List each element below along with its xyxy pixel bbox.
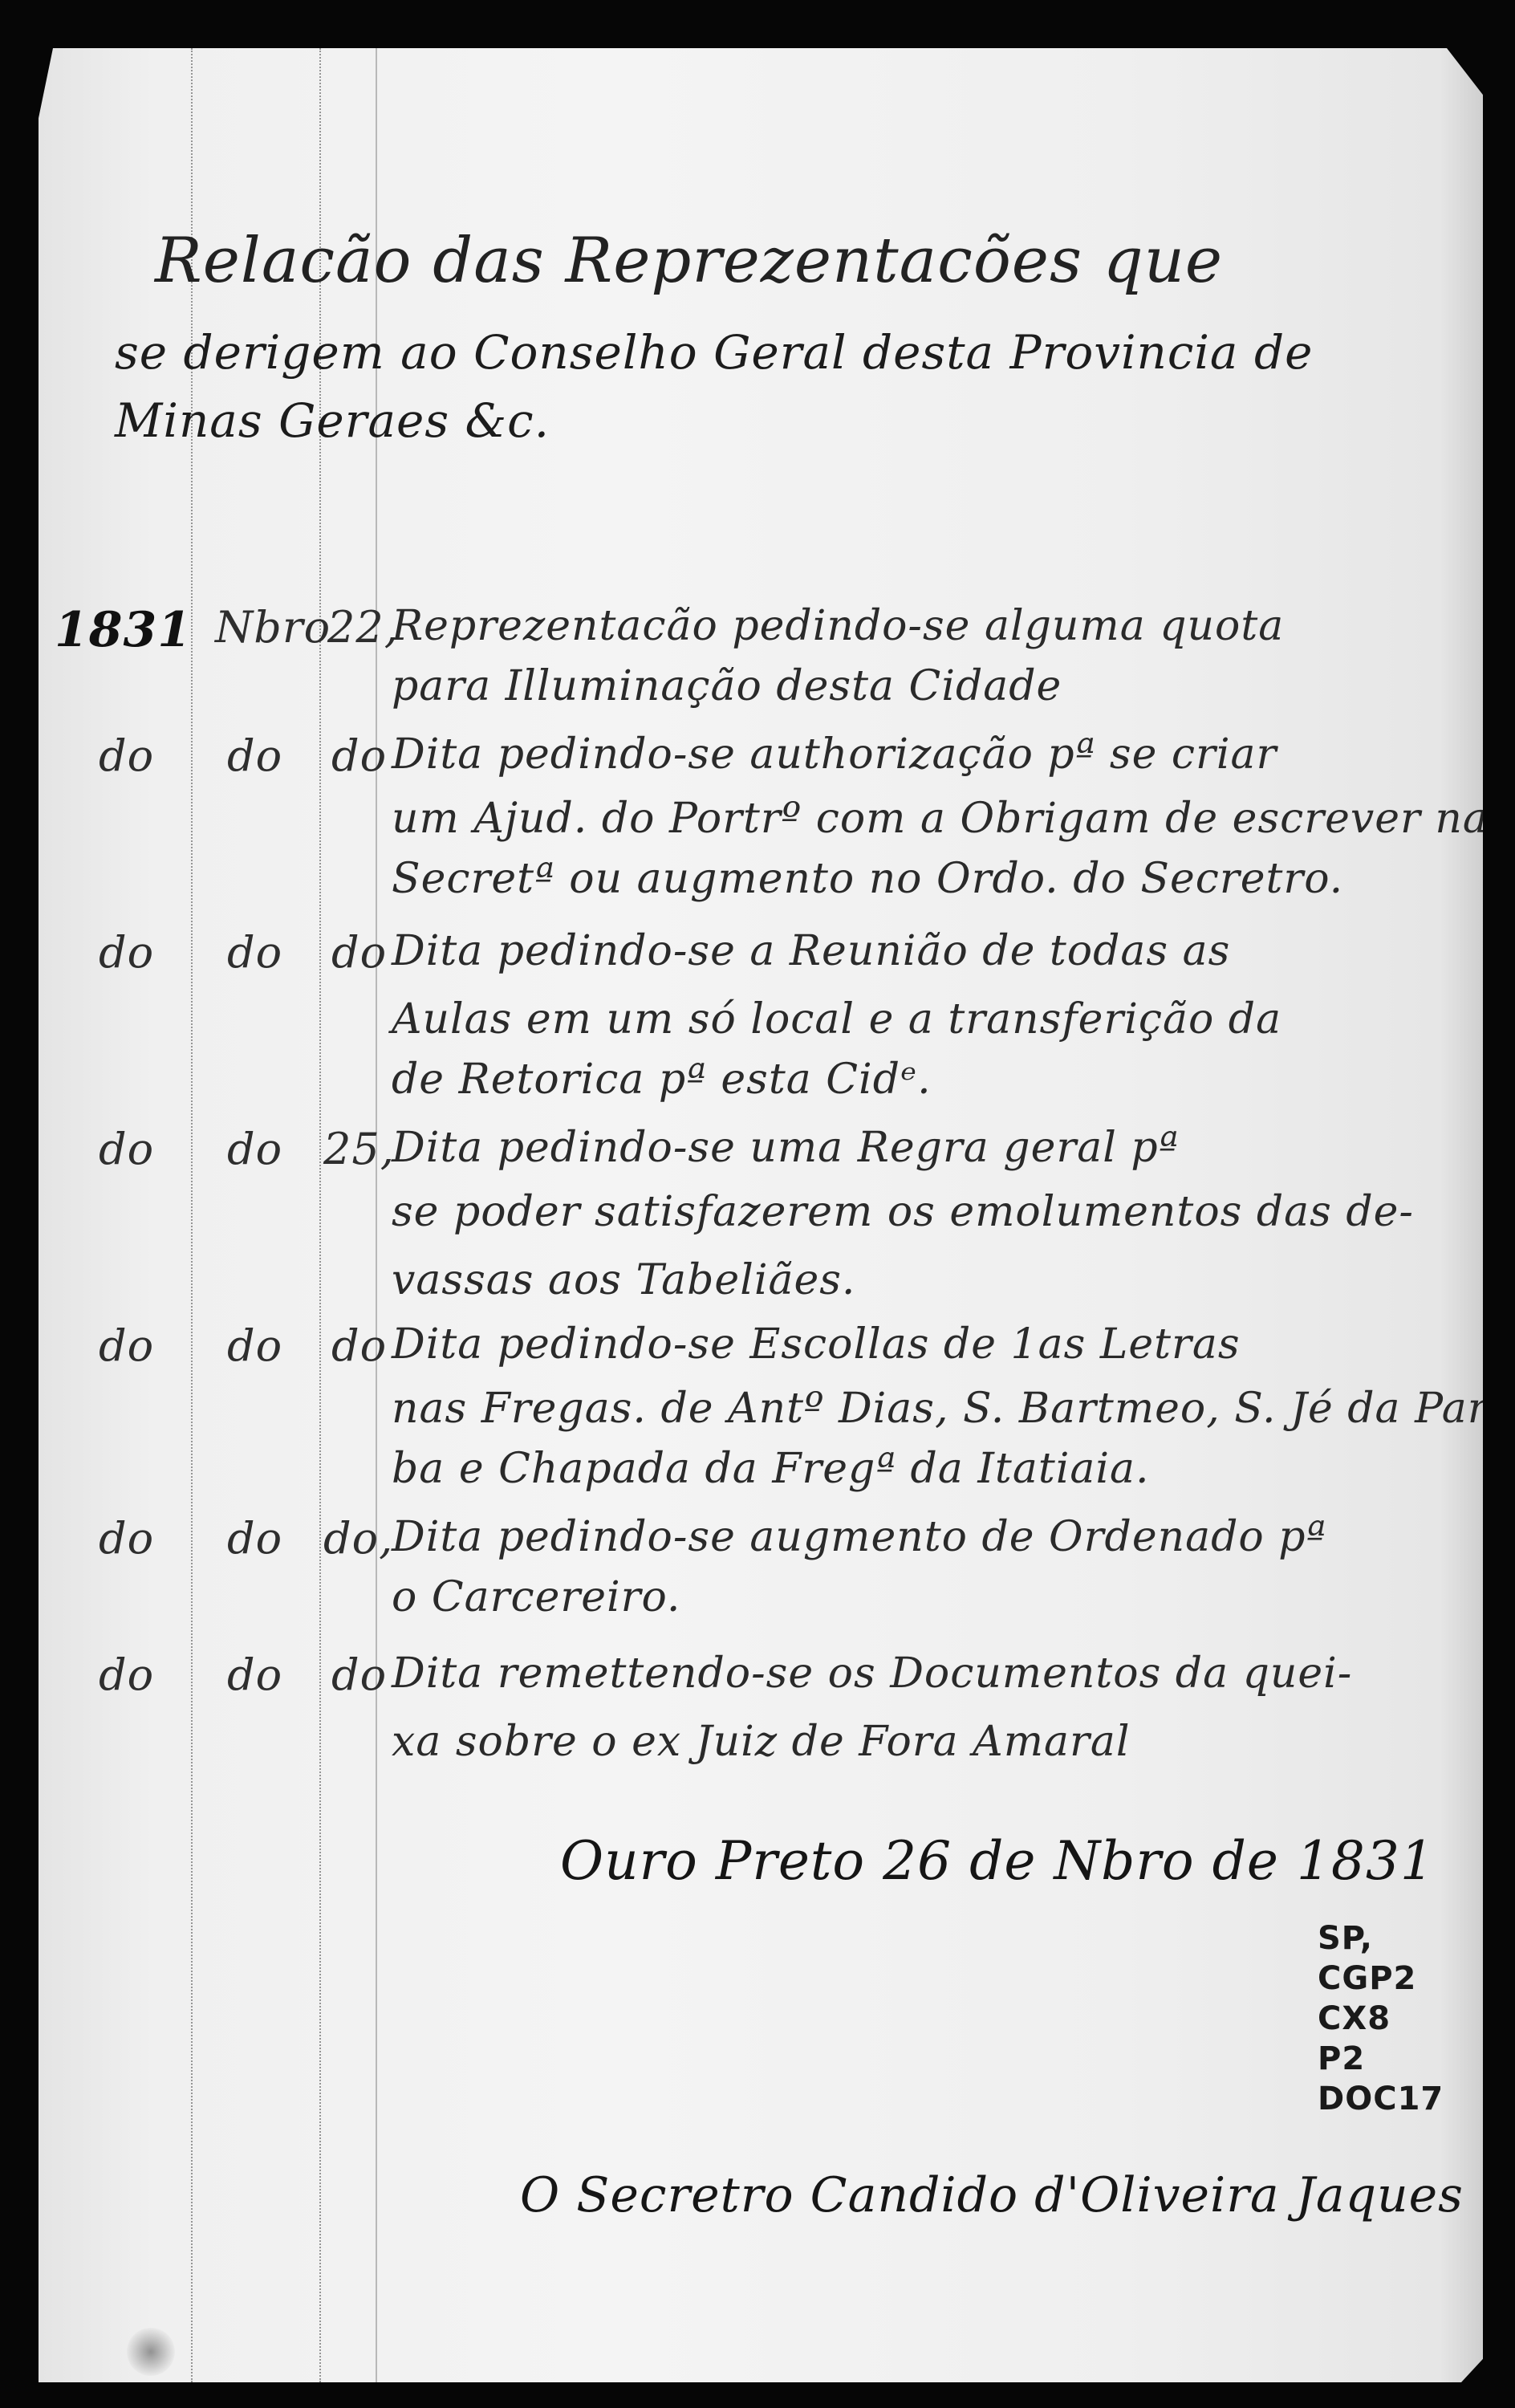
archive-note-line-3: CX8 [1318, 1999, 1430, 2039]
entry-2-day: do [331, 730, 387, 781]
manuscript-page: Relacão das Reprezentacões que se derige… [39, 48, 1483, 2382]
archive-note-line-5: DOC17 [1318, 2079, 1430, 2119]
entry-4-month: do [227, 1124, 282, 1174]
entry-5-line-1: Dita pedindo-se Escollas de 1as Letras [392, 1320, 1241, 1369]
entry-6-line-1: Dita pedindo-se augmento de Ordenado pª [392, 1513, 1326, 1561]
entry-5-year: do [99, 1320, 154, 1371]
entry-6-year: do [99, 1513, 154, 1564]
entry-5-day: do [331, 1320, 387, 1371]
entry-3-line-1: Dita pedindo-se a Reunião de todas as [392, 927, 1230, 975]
entry-1-line-1: Reprezentacão pedindo-se alguma quota [392, 602, 1284, 650]
entry-4-line-1: Dita pedindo-se uma Regra geral pª [392, 1124, 1179, 1172]
entry-4-line-2: se poder satisfazerem os emolumentos das… [392, 1188, 1414, 1236]
entry-3-line-3: de Retorica pª esta Cidᵉ. [392, 1056, 932, 1104]
archive-note-line-1: SP, [1318, 1918, 1430, 1959]
entry-1-line-2: para Illuminação desta Cidade [392, 662, 1062, 710]
entry-7-day: do [331, 1649, 387, 1700]
entry-3-month: do [227, 927, 282, 978]
title-line-2: se derigem ao Conselho Geral desta Provi… [115, 325, 1313, 380]
archive-note-line-4: P2 [1318, 2039, 1430, 2079]
entry-2-line-3: Secretª ou augmento no Ordo. do Secretro… [392, 855, 1343, 903]
entry-2-line-1: Dita pedindo-se authorização pª se criar [392, 730, 1277, 779]
entry-1-year: 1831 [55, 602, 192, 658]
title-line-3: Minas Geraes &c. [115, 393, 550, 448]
entry-2-year: do [99, 730, 154, 781]
place-date: Ouro Preto 26 de Nbro de 1831 [560, 1830, 1435, 1892]
archive-note-line-2: CGP2 [1318, 1959, 1430, 1999]
entry-3-year: do [99, 927, 154, 978]
entry-2-line-2: um Ajud. do Portrº com a Obrigam de escr… [392, 795, 1489, 843]
entry-3-day: do [331, 927, 387, 978]
entry-7-line-2: xa sobre o ex Juiz de Fora Amaral [392, 1718, 1131, 1766]
archive-reference-note: SP, CGP2 CX8 P2 DOC17 [1318, 1918, 1430, 2119]
signature: O Secretro Candido d'Oliveira Jaques [520, 2167, 1464, 2223]
entry-1-day: 22, [327, 602, 399, 653]
entry-5-line-2: nas Fregas. de Antº Dias, S. Bartmeo, S.… [392, 1385, 1515, 1433]
entry-5-month: do [227, 1320, 282, 1371]
entry-6-day: do, [323, 1513, 393, 1564]
entry-3-line-2: Aulas em um só local e a transferição da [392, 995, 1281, 1043]
title-line-1: Relacão das Reprezentacões que [155, 225, 1223, 297]
entry-6-month: do [227, 1513, 282, 1564]
entry-6-line-2: o Carcereiro. [392, 1573, 680, 1621]
entry-2-month: do [227, 730, 282, 781]
entry-7-year: do [99, 1649, 154, 1700]
entry-4-year: do [99, 1124, 154, 1174]
entry-1-month: Nbro [215, 602, 331, 653]
entry-4-line-3: vassas aos Tabeliães. [392, 1256, 855, 1304]
entry-7-line-1: Dita remettendo-se os Documentos da quei… [392, 1649, 1352, 1698]
ink-stain [127, 2328, 175, 2376]
entry-5-line-3: ba e Chapada da Fregª da Itatiaia. [392, 1445, 1150, 1493]
entry-4-day: 25, [323, 1124, 395, 1174]
entry-7-month: do [227, 1649, 282, 1700]
